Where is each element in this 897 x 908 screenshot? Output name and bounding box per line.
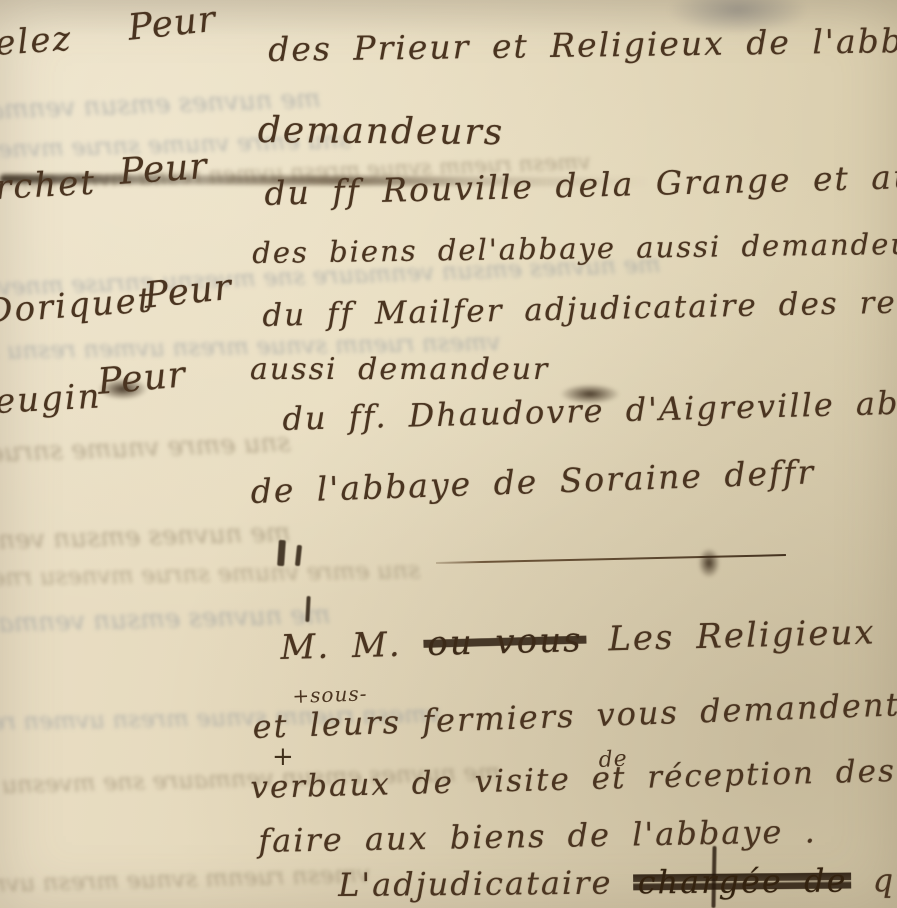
- line-segment: réception des reparat: [647, 749, 897, 795]
- manuscript-line: du ff Rouville dela Grange et au: [264, 157, 897, 213]
- manuscript-line: M. M. ou vous Les Religieux del'abbaye: [280, 606, 897, 668]
- manuscript-line: demandeurs: [258, 110, 505, 153]
- ink-tick: [277, 540, 286, 566]
- bleedthrough-text: vmesn ruenm svnue mresn uvmen resnu mvre…: [0, 860, 371, 907]
- bleedthrough-text: snu emre vnume snrue mvnesu rnemv usnem …: [0, 556, 420, 597]
- ink-tick: [295, 545, 302, 566]
- line-segment: verbaux de visite et: [250, 760, 627, 806]
- manuscript-line: L'adjudicataire chargée de qui avoit =: [338, 859, 897, 904]
- procureur-name: rchet: [0, 163, 97, 208]
- insertion-mark: +: [272, 742, 294, 772]
- ink-tick: [305, 596, 310, 622]
- procureur-title: Peur: [96, 354, 188, 403]
- procureur-title: Peur: [126, 0, 218, 49]
- line-segment: et leurs: [252, 703, 402, 746]
- manuscript-line: de l'abbaye de Soraine deffr: [250, 452, 816, 511]
- manuscript-page: me nuvnes emsun venmaure sne mvesnu enru…: [0, 0, 897, 908]
- separator-rule: [436, 554, 786, 564]
- ink-blot: [698, 548, 720, 578]
- manuscript-line: aussi demandeur: [250, 352, 549, 387]
- procureur-title: Peur: [118, 146, 209, 193]
- struck-text: ou vous: [423, 620, 587, 664]
- procureur-title: Peur: [142, 267, 234, 317]
- line-segment: Les Religieux del'abbaye: [608, 606, 897, 659]
- bleedthrough-text: me nuvnes emsun venmaure sne mvesnu enru…: [0, 518, 291, 570]
- manuscript-line: des Prieur et Religieux de l'abbaye: [268, 20, 897, 69]
- bleedthrough-text: snu emre vnume snrue mvnesu rnemv usnem …: [0, 428, 291, 487]
- procureur-name: Doriquet: [0, 280, 155, 332]
- manuscript-line: du ff Mailfer adjudicataire des repa: [262, 284, 897, 334]
- line-segment: fermiers vous demandent l'entéri: [422, 680, 897, 740]
- line-segment: L'adjudicataire: [338, 864, 613, 904]
- manuscript-line: des biens del'abbaye aussi demandeurs: [252, 226, 897, 270]
- procureur-name: eugin: [0, 376, 103, 422]
- line-segment: qui avoit =: [872, 859, 897, 899]
- procureur-name: elez: [0, 19, 74, 64]
- manuscript-line: verbaux de visite et réception des repar…: [250, 749, 897, 806]
- struck-text: chargée de: [633, 862, 851, 902]
- line-segment: M. M.: [280, 625, 402, 668]
- manuscript-line: faire aux biens de l'abbaye .: [258, 812, 817, 860]
